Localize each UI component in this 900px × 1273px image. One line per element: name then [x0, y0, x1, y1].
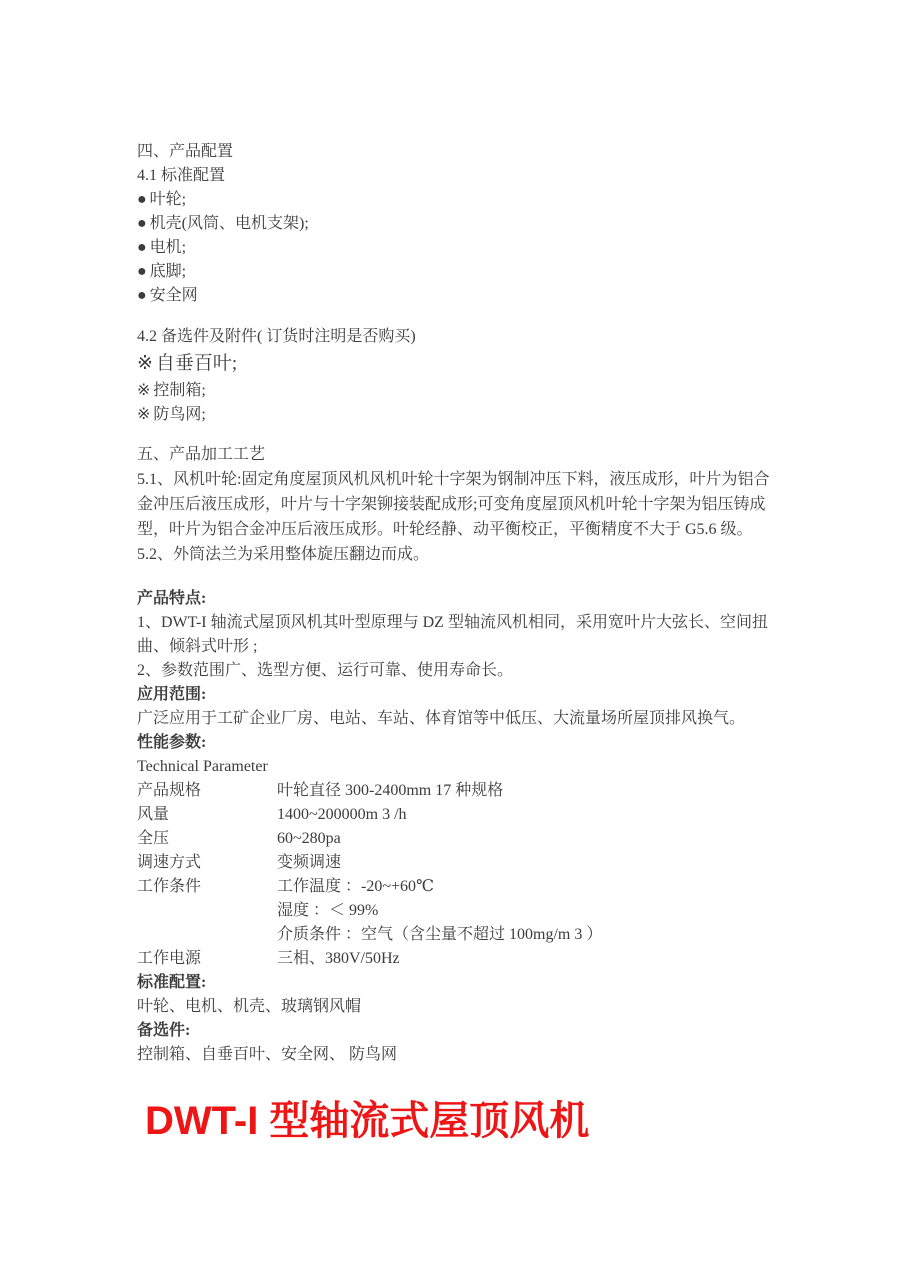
bullet-icon: ●	[137, 191, 147, 208]
list-item: ※自垂百叶;	[137, 349, 773, 379]
list-item: ※防鸟网;	[137, 403, 773, 427]
list-item-label: 防鸟网;	[153, 406, 205, 423]
process-paragraph: 5.1、风机叶轮:固定角度屋顶风机风机叶轮十字架为钢制冲压下料，液压成形，叶片为…	[137, 467, 773, 542]
application-section: 应用范围: 广泛应用于工矿企业厂房、电站、车站、体育馆等中低压、大流量场所屋顶排…	[137, 683, 773, 731]
product-title: DWT-I 型轴流式屋顶风机	[145, 1097, 773, 1145]
process-heading: 五、产品加工工艺	[137, 443, 773, 467]
optional-parts-text: 控制箱、自垂百叶、安全网、 防鸟网	[137, 1043, 773, 1067]
list-item-label: 叶轮;	[150, 191, 186, 208]
param-value: 1400~200000m 3 /h	[277, 803, 773, 827]
list-item-label: 安全网	[150, 287, 198, 304]
list-item: ●安全网	[137, 284, 773, 308]
param-value: 叶轮直径 300-2400mm 17 种规格	[277, 779, 773, 803]
list-item-label: 控制箱;	[153, 382, 205, 399]
application-text: 广泛应用于工矿企业厂房、电站、车站、体育馆等中低压、大流量场所屋顶排风换气。	[137, 707, 773, 731]
param-value: 60~280pa	[277, 827, 773, 851]
list-item: ●电机;	[137, 236, 773, 260]
list-item-label: 机壳(风筒、电机支架);	[150, 215, 309, 232]
product-config-heading: 四、产品配置	[137, 140, 773, 164]
list-item: ●机壳(风筒、电机支架);	[137, 212, 773, 236]
application-heading: 应用范围:	[137, 683, 773, 707]
features-section: 产品特点: 1、DWT-I 轴流式屋顶风机其叶型原理与 DZ 型轴流风机相同，采…	[137, 587, 773, 683]
param-value: 三相、380V/50Hz	[277, 947, 773, 971]
param-values: 变频调速	[277, 851, 773, 875]
performance-heading: 性能参数:	[137, 731, 773, 755]
reference-mark-icon: ※	[137, 353, 153, 374]
param-label: 风量	[137, 803, 277, 827]
param-values: 工作温度 ：-20~+60℃ 湿度 ：＜ 99% 介质条件 ：空气（含尘量不超过…	[277, 875, 773, 947]
performance-section: 性能参数: Technical Parameter 产品规格 叶轮直径 300-…	[137, 731, 773, 971]
param-values: 60~280pa	[277, 827, 773, 851]
reference-mark-icon: ※	[137, 406, 150, 423]
bullet-icon: ●	[137, 215, 147, 232]
bullet-icon: ●	[137, 263, 147, 280]
param-value: 湿度 ：＜ 99%	[277, 899, 773, 923]
param-values: 1400~200000m 3 /h	[277, 803, 773, 827]
table-row: 产品规格 叶轮直径 300-2400mm 17 种规格	[137, 779, 773, 803]
optional-parts-subheading: 4.2 备选件及附件( 订货时注明是否购买)	[137, 325, 773, 349]
table-row: 调速方式 变频调速	[137, 851, 773, 875]
feature-item: 1、DWT-I 轴流式屋顶风机其叶型原理与 DZ 型轴流风机相同，采用宽叶片大弦…	[137, 611, 773, 659]
param-label: 产品规格	[137, 779, 277, 803]
reference-mark-icon: ※	[137, 382, 150, 399]
table-row: 工作电源 三相、380V/50Hz	[137, 947, 773, 971]
list-item-label: 底脚;	[150, 263, 186, 280]
param-label: 工作条件	[137, 875, 277, 947]
param-label: 调速方式	[137, 851, 277, 875]
features-heading: 产品特点:	[137, 587, 773, 611]
optional-parts-footer-section: 备选件: 控制箱、自垂百叶、安全网、 防鸟网	[137, 1019, 773, 1067]
param-value: 变频调速	[277, 851, 773, 875]
param-label: 工作电源	[137, 947, 277, 971]
bullet-icon: ●	[137, 287, 147, 304]
list-item-label: 自垂百叶;	[156, 353, 237, 374]
standard-config-subheading: 4.1 标准配置	[137, 164, 773, 188]
feature-item: 2、参数范围广、选型方便、运行可靠、使用寿命长。	[137, 659, 773, 683]
list-item: ●底脚;	[137, 260, 773, 284]
table-row: 工作条件 工作温度 ：-20~+60℃ 湿度 ：＜ 99% 介质条件 ：空气（含…	[137, 875, 773, 947]
standard-config-section: 标准配置: 叶轮、电机、机壳、玻璃钢风帽	[137, 971, 773, 1019]
param-value: 介质条件 ：空气（含尘量不超过 100mg/m 3 ）	[277, 923, 773, 947]
process-paragraph: 5.2、外筒法兰为采用整体旋压翻边而成。	[137, 542, 773, 567]
list-item: ※控制箱;	[137, 379, 773, 403]
standard-config-text: 叶轮、电机、机壳、玻璃钢风帽	[137, 995, 773, 1019]
product-config-section: 四、产品配置 4.1 标准配置 ●叶轮; ●机壳(风筒、电机支架); ●电机; …	[137, 140, 773, 308]
param-values: 三相、380V/50Hz	[277, 947, 773, 971]
process-section: 五、产品加工工艺 5.1、风机叶轮:固定角度屋顶风机风机叶轮十字架为钢制冲压下料…	[137, 443, 773, 567]
param-values: 叶轮直径 300-2400mm 17 种规格	[277, 779, 773, 803]
list-item: ●叶轮;	[137, 188, 773, 212]
optional-parts-heading: 备选件:	[137, 1019, 773, 1043]
document-content: 四、产品配置 4.1 标准配置 ●叶轮; ●机壳(风筒、电机支架); ●电机; …	[137, 140, 773, 1145]
optional-parts-section: 4.2 备选件及附件( 订货时注明是否购买) ※自垂百叶; ※控制箱; ※防鸟网…	[137, 325, 773, 427]
parameter-table: 产品规格 叶轮直径 300-2400mm 17 种规格 风量 1400~2000…	[137, 779, 773, 971]
list-item-label: 电机;	[150, 239, 186, 256]
param-label: 全压	[137, 827, 277, 851]
performance-subheading: Technical Parameter	[137, 755, 773, 779]
bullet-icon: ●	[137, 239, 147, 256]
table-row: 全压 60~280pa	[137, 827, 773, 851]
standard-config-heading: 标准配置:	[137, 971, 773, 995]
table-row: 风量 1400~200000m 3 /h	[137, 803, 773, 827]
param-value: 工作温度 ：-20~+60℃	[277, 875, 773, 899]
